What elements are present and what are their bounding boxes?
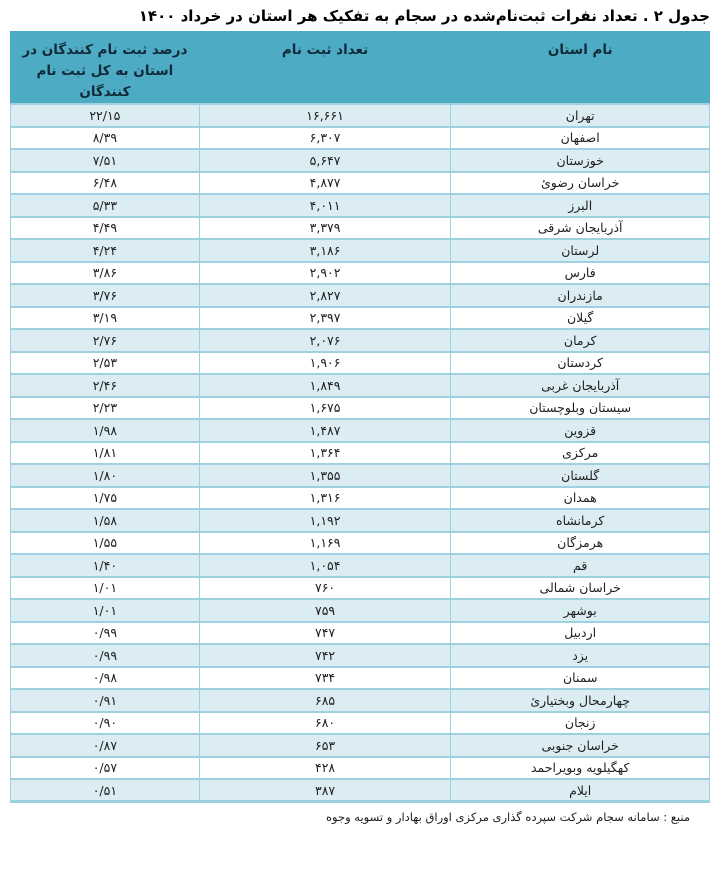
- cell-count: ۷۴۷: [199, 622, 451, 645]
- cell-province: مرکزی: [451, 442, 710, 465]
- cell-count: ۳۸۷: [199, 779, 451, 802]
- table-row: هرمزگان۱,۱۶۹۱/۵۵: [11, 532, 710, 555]
- cell-province: فارس: [451, 262, 710, 285]
- province-registration-table: نام استان تعداد ثبت نام درصد ثبت نام کنن…: [10, 31, 710, 803]
- table-row: مرکزی۱,۳۶۴۱/۸۱: [11, 442, 710, 465]
- cell-percent: ۲/۴۶: [11, 374, 200, 397]
- cell-percent: ۱/۰۱: [11, 577, 200, 600]
- cell-province: هرمزگان: [451, 532, 710, 555]
- cell-percent: ۸/۳۹: [11, 127, 200, 150]
- cell-percent: ۱/۴۰: [11, 554, 200, 577]
- cell-percent: ۰/۹۹: [11, 622, 200, 645]
- cell-count: ۲,۸۲۷: [199, 284, 451, 307]
- cell-percent: ۷/۵۱: [11, 149, 200, 172]
- table-row: اردبیل۷۴۷۰/۹۹: [11, 622, 710, 645]
- cell-percent: ۰/۹۰: [11, 712, 200, 735]
- table-row: چهارمحال وبختیارئ۶۸۵۰/۹۱: [11, 689, 710, 712]
- cell-count: ۶۸۰: [199, 712, 451, 735]
- cell-count: ۷۳۴: [199, 667, 451, 690]
- cell-percent: ۲/۲۳: [11, 397, 200, 420]
- table-row: کهگیلویه وبویراحمد۴۲۸۰/۵۷: [11, 757, 710, 780]
- cell-count: ۱,۱۶۹: [199, 532, 451, 555]
- header-province-name: نام استان: [451, 32, 710, 105]
- cell-count: ۷۶۰: [199, 577, 451, 600]
- cell-province: سمنان: [451, 667, 710, 690]
- table-row: گیلان۲,۳۹۷۳/۱۹: [11, 307, 710, 330]
- cell-count: ۳,۱۸۶: [199, 239, 451, 262]
- cell-province: خراسان جنوبی: [451, 734, 710, 757]
- cell-percent: ۱/۸۰: [11, 464, 200, 487]
- table-row: کردستان۱,۹۰۶۲/۵۳: [11, 352, 710, 375]
- cell-province: سیستان وبلوچستان: [451, 397, 710, 420]
- table-body: تهران۱۶,۶۶۱۲۲/۱۵اصفهان۶,۳۰۷۸/۳۹خوزستان۵,…: [11, 104, 710, 802]
- table-row: سیستان وبلوچستان۱,۶۷۵۲/۲۳: [11, 397, 710, 420]
- table-row: همدان۱,۳۱۶۱/۷۵: [11, 487, 710, 510]
- cell-percent: ۰/۹۹: [11, 644, 200, 667]
- cell-province: آذربایجان غربی: [451, 374, 710, 397]
- cell-percent: ۰/۵۷: [11, 757, 200, 780]
- cell-count: ۲,۰۷۶: [199, 329, 451, 352]
- table-row: گلستان۱,۳۵۵۱/۸۰: [11, 464, 710, 487]
- cell-province: کرمانشاه: [451, 509, 710, 532]
- table-row: خراسان رضوئ۴,۸۷۷۶/۴۸: [11, 172, 710, 195]
- cell-province: قزوین: [451, 419, 710, 442]
- cell-percent: ۱/۹۸: [11, 419, 200, 442]
- cell-percent: ۴/۴۹: [11, 217, 200, 240]
- table-row: خوزستان۵,۶۴۷۷/۵۱: [11, 149, 710, 172]
- table-row: بوشهر۷۵۹۱/۰۱: [11, 599, 710, 622]
- cell-percent: ۱/۵۵: [11, 532, 200, 555]
- table-row: سمنان۷۳۴۰/۹۸: [11, 667, 710, 690]
- table-row: قزوین۱,۴۸۷۱/۹۸: [11, 419, 710, 442]
- cell-percent: ۱/۵۸: [11, 509, 200, 532]
- cell-percent: ۱/۷۵: [11, 487, 200, 510]
- cell-count: ۱,۱۹۲: [199, 509, 451, 532]
- source-note: منبع : سامانه سجام شرکت سپرده گذاری مرکز…: [10, 803, 710, 825]
- cell-province: اردبیل: [451, 622, 710, 645]
- cell-percent: ۲/۷۶: [11, 329, 200, 352]
- cell-province: قم: [451, 554, 710, 577]
- table-row: اصفهان۶,۳۰۷۸/۳۹: [11, 127, 710, 150]
- cell-count: ۴,۸۷۷: [199, 172, 451, 195]
- cell-province: کردستان: [451, 352, 710, 375]
- cell-percent: ۵/۳۳: [11, 194, 200, 217]
- cell-province: خوزستان: [451, 149, 710, 172]
- table-row: زنجان۶۸۰۰/۹۰: [11, 712, 710, 735]
- table-row: کرمان۲,۰۷۶۲/۷۶: [11, 329, 710, 352]
- cell-province: لرستان: [451, 239, 710, 262]
- cell-count: ۴,۰۱۱: [199, 194, 451, 217]
- cell-province: خراسان شمالی: [451, 577, 710, 600]
- cell-count: ۶۵۳: [199, 734, 451, 757]
- cell-percent: ۶/۴۸: [11, 172, 200, 195]
- cell-province: گلستان: [451, 464, 710, 487]
- cell-percent: ۱/۰۱: [11, 599, 200, 622]
- cell-count: ۶۸۵: [199, 689, 451, 712]
- table-row: آذربایجان غربی۱,۸۴۹۲/۴۶: [11, 374, 710, 397]
- cell-province: گیلان: [451, 307, 710, 330]
- table-row: کرمانشاه۱,۱۹۲۱/۵۸: [11, 509, 710, 532]
- table-title: جدول ۲ . تعداد نفرات ثبت‌نام‌شده در سجام…: [10, 5, 710, 27]
- table-row: یزد۷۴۲۰/۹۹: [11, 644, 710, 667]
- cell-percent: ۰/۹۱: [11, 689, 200, 712]
- cell-percent: ۳/۷۶: [11, 284, 200, 307]
- header-registration-percent: درصد ثبت نام کنندگان در استان به کل ثبت …: [11, 32, 200, 105]
- cell-province: همدان: [451, 487, 710, 510]
- cell-province: کرمان: [451, 329, 710, 352]
- cell-percent: ۱/۸۱: [11, 442, 200, 465]
- table-row: البرز۴,۰۱۱۵/۳۳: [11, 194, 710, 217]
- cell-count: ۱,۳۶۴: [199, 442, 451, 465]
- cell-count: ۲,۹۰۲: [199, 262, 451, 285]
- cell-province: ایلام: [451, 779, 710, 802]
- cell-province: آذربایجان شرقی: [451, 217, 710, 240]
- cell-province: خراسان رضوئ: [451, 172, 710, 195]
- cell-province: بوشهر: [451, 599, 710, 622]
- report-page: جدول ۲ . تعداد نفرات ثبت‌نام‌شده در سجام…: [0, 0, 720, 825]
- table-row: خراسان جنوبی۶۵۳۰/۸۷: [11, 734, 710, 757]
- cell-count: ۲,۳۹۷: [199, 307, 451, 330]
- cell-count: ۳,۳۷۹: [199, 217, 451, 240]
- cell-count: ۴۲۸: [199, 757, 451, 780]
- table-row: لرستان۳,۱۸۶۴/۲۴: [11, 239, 710, 262]
- cell-count: ۷۵۹: [199, 599, 451, 622]
- cell-count: ۶,۳۰۷: [199, 127, 451, 150]
- cell-percent: ۰/۹۸: [11, 667, 200, 690]
- table-row: مازندران۲,۸۲۷۳/۷۶: [11, 284, 710, 307]
- cell-province: تهران: [451, 104, 710, 127]
- table-header: نام استان تعداد ثبت نام درصد ثبت نام کنن…: [11, 32, 710, 105]
- cell-province: یزد: [451, 644, 710, 667]
- cell-count: ۷۴۲: [199, 644, 451, 667]
- cell-percent: ۰/۸۷: [11, 734, 200, 757]
- cell-count: ۱,۸۴۹: [199, 374, 451, 397]
- cell-province: البرز: [451, 194, 710, 217]
- cell-province: اصفهان: [451, 127, 710, 150]
- cell-percent: ۰/۵۱: [11, 779, 200, 802]
- cell-count: ۱,۳۱۶: [199, 487, 451, 510]
- cell-count: ۱,۶۷۵: [199, 397, 451, 420]
- cell-province: مازندران: [451, 284, 710, 307]
- cell-province: زنجان: [451, 712, 710, 735]
- table-row: قم۱,۰۵۴۱/۴۰: [11, 554, 710, 577]
- cell-count: ۱,۳۵۵: [199, 464, 451, 487]
- table-row: آذربایجان شرقی۳,۳۷۹۴/۴۹: [11, 217, 710, 240]
- table-row: فارس۲,۹۰۲۳/۸۶: [11, 262, 710, 285]
- cell-count: ۱,۹۰۶: [199, 352, 451, 375]
- cell-percent: ۳/۸۶: [11, 262, 200, 285]
- header-row: نام استان تعداد ثبت نام درصد ثبت نام کنن…: [11, 32, 710, 105]
- cell-percent: ۳/۱۹: [11, 307, 200, 330]
- cell-percent: ۲۲/۱۵: [11, 104, 200, 127]
- cell-percent: ۲/۵۳: [11, 352, 200, 375]
- cell-count: ۱,۴۸۷: [199, 419, 451, 442]
- table-row: ایلام۳۸۷۰/۵۱: [11, 779, 710, 802]
- cell-count: ۵,۶۴۷: [199, 149, 451, 172]
- cell-count: ۱,۰۵۴: [199, 554, 451, 577]
- table-row: تهران۱۶,۶۶۱۲۲/۱۵: [11, 104, 710, 127]
- header-registration-count: تعداد ثبت نام: [199, 32, 451, 105]
- cell-count: ۱۶,۶۶۱: [199, 104, 451, 127]
- cell-province: چهارمحال وبختیارئ: [451, 689, 710, 712]
- table-row: خراسان شمالی۷۶۰۱/۰۱: [11, 577, 710, 600]
- cell-province: کهگیلویه وبویراحمد: [451, 757, 710, 780]
- cell-percent: ۴/۲۴: [11, 239, 200, 262]
